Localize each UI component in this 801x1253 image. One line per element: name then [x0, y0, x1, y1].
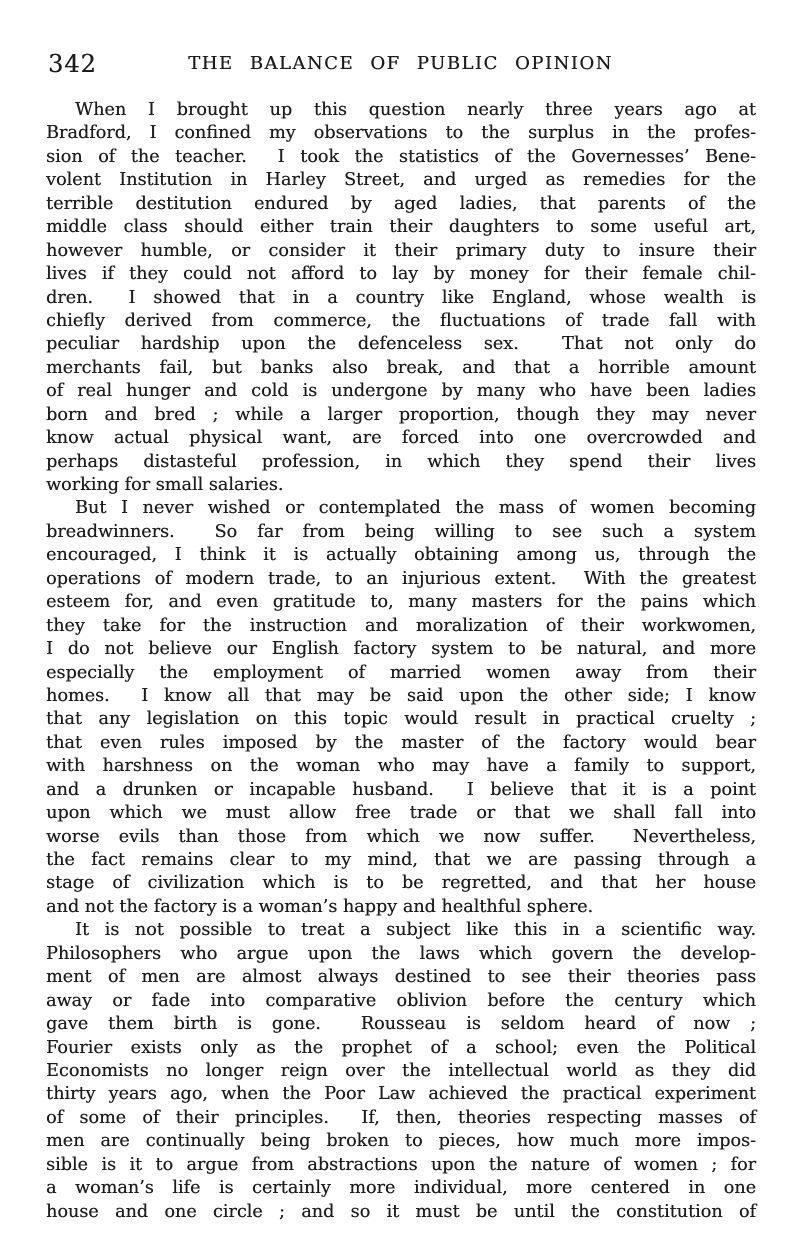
text-line: and a drunken or incapable husband. I be… [46, 779, 756, 802]
text-line: esteem for, and even gratitude to, many … [46, 591, 756, 614]
text-line: they take for the instruction and morali… [46, 615, 756, 638]
text-line: of some of their principles. If, then, t… [46, 1107, 756, 1130]
text-line: gave them birth is gone. Rousseau is sel… [46, 1013, 756, 1036]
text-line: middle class should either train their d… [46, 216, 756, 239]
text-line: men are continually being broken to piec… [46, 1130, 756, 1153]
text-line: It is not possible to treat a subject li… [46, 919, 756, 942]
text-line: I do not believe our English factory sys… [46, 638, 756, 661]
text-line: sible is it to argue from abstractions u… [46, 1154, 756, 1177]
text-line: homes. I know all that may be said upon … [46, 685, 756, 708]
text-line: and not the factory is a woman’s happy a… [46, 896, 756, 919]
text-line: chiefly derived from commerce, the fluct… [46, 310, 756, 333]
text-line: volent Institution in Harley Street, and… [46, 169, 756, 192]
paragraph: But I never wished or contemplated the m… [46, 497, 756, 919]
text-line: worse evils than those from which we now… [46, 826, 756, 849]
text-line: sion of the teacher. I took the statisti… [46, 146, 756, 169]
text-line: ment of men are almost always destined t… [46, 966, 756, 989]
text-line: lives if they could not afford to lay by… [46, 263, 756, 286]
text-line: know actual physical want, are forced in… [46, 427, 756, 450]
text-line: thirty years ago, when the Poor Law achi… [46, 1083, 756, 1106]
text-line: upon which we must allow free trade or t… [46, 802, 756, 825]
text-line: peculiar hardship upon the defenceless s… [46, 333, 756, 356]
text-line: But I never wished or contemplated the m… [46, 497, 756, 520]
text-line: perhaps distasteful profession, in which… [46, 451, 756, 474]
paragraph: It is not possible to treat a subject li… [46, 919, 756, 1224]
text-line: that any legislation on this topic would… [46, 708, 756, 731]
text-line: of real hunger and cold is undergone by … [46, 380, 756, 403]
text-line: Fourier exists only as the prophet of a … [46, 1037, 756, 1060]
text-line: Philosophers who argue upon the laws whi… [46, 943, 756, 966]
text-block: When I brought up this question nearly t… [46, 99, 756, 1224]
page-number: 342 [48, 50, 97, 78]
book-page: 342 THE BALANCE OF PUBLIC OPINION When I… [0, 0, 801, 1253]
text-line: a woman’s life is certainly more individ… [46, 1177, 756, 1200]
text-line: however humble, or consider it their pri… [46, 240, 756, 263]
text-line: especially the employment of married wom… [46, 662, 756, 685]
text-line: Bradford, I confined my observations to … [46, 122, 756, 145]
running-title: THE BALANCE OF PUBLIC OPINION [46, 50, 755, 74]
text-line: merchants fail, but banks also break, an… [46, 357, 756, 380]
text-line: away or fade into comparative oblivion b… [46, 990, 756, 1013]
text-line: encouraged, I think it is actually obtai… [46, 544, 756, 567]
text-line: Economists no longer reign over the inte… [46, 1060, 756, 1083]
text-line: working for small salaries. [46, 474, 756, 497]
text-line: stage of civilization which is to be reg… [46, 872, 756, 895]
text-line: dren. I showed that in a country like En… [46, 287, 756, 310]
text-line: with harshness on the woman who may have… [46, 755, 756, 778]
text-line: When I brought up this question nearly t… [46, 99, 756, 122]
paragraph: When I brought up this question nearly t… [46, 99, 756, 497]
text-line: house and one circle ; and so it must be… [46, 1201, 756, 1224]
text-line: born and bred ; while a larger proportio… [46, 404, 756, 427]
text-line: that even rules imposed by the master of… [46, 732, 756, 755]
text-line: terrible destitution endured by aged lad… [46, 193, 756, 216]
text-line: breadwinners. So far from being willing … [46, 521, 756, 544]
text-line: operations of modern trade, to an injuri… [46, 568, 756, 591]
page-header: 342 THE BALANCE OF PUBLIC OPINION [46, 50, 755, 80]
text-line: the fact remains clear to my mind, that … [46, 849, 756, 872]
